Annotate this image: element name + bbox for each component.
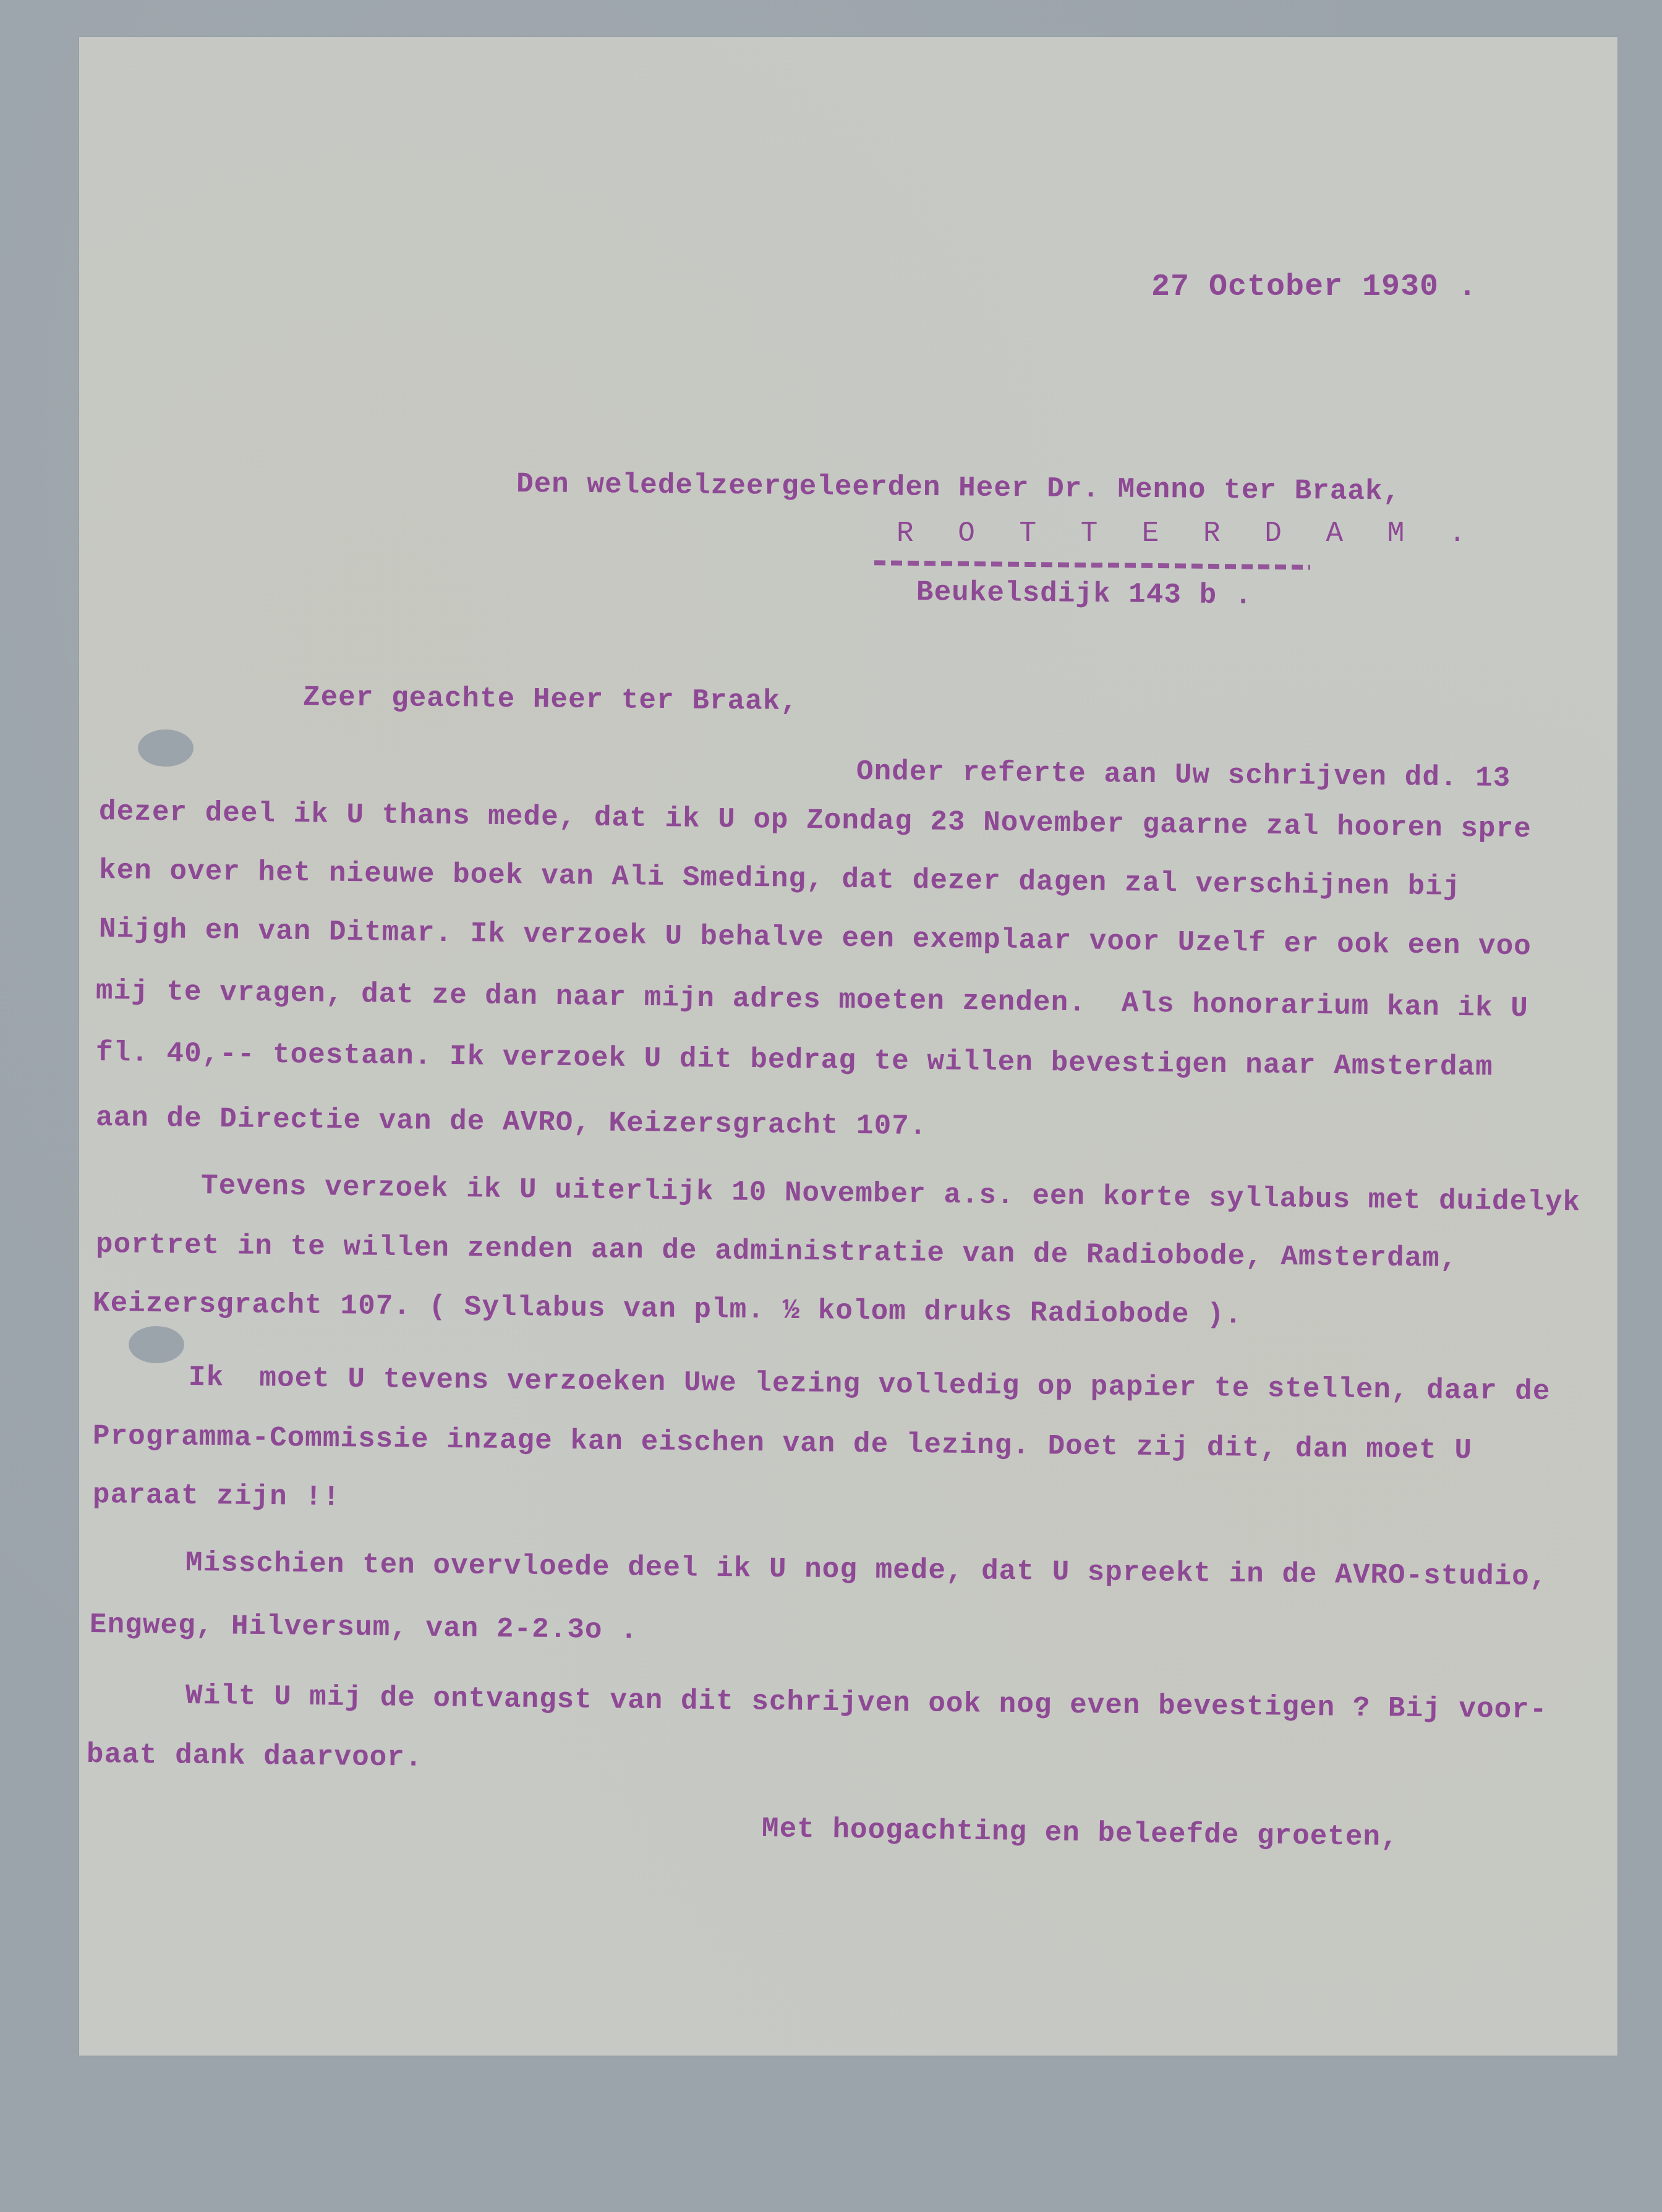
greeting: Zeer geachte Heer ter Braak, [303, 683, 798, 716]
punch-hole [129, 1326, 184, 1363]
body-line: Engweg, Hilversum, van 2-2.3o . [90, 1610, 638, 1644]
body-line: Onder referte aan Uw schrijven dd. 13 [856, 757, 1511, 793]
body-line: baat dank daarvoor. [87, 1740, 423, 1772]
punch-hole [138, 730, 194, 767]
body-line: paraat zijn !! [93, 1481, 341, 1512]
recipient-salutation-line: Den weledelzeergeleerden Heer Dr. Menno … [516, 470, 1401, 506]
recipient-street: Beukelsdijk 143 b . [916, 578, 1253, 610]
recipient-city: R O T T E R D A M . [897, 519, 1480, 548]
body-line: aan de Directie van de AVRO, Keizersgrac… [96, 1104, 927, 1141]
letter-date: 27 October 1930 . [1151, 272, 1477, 303]
